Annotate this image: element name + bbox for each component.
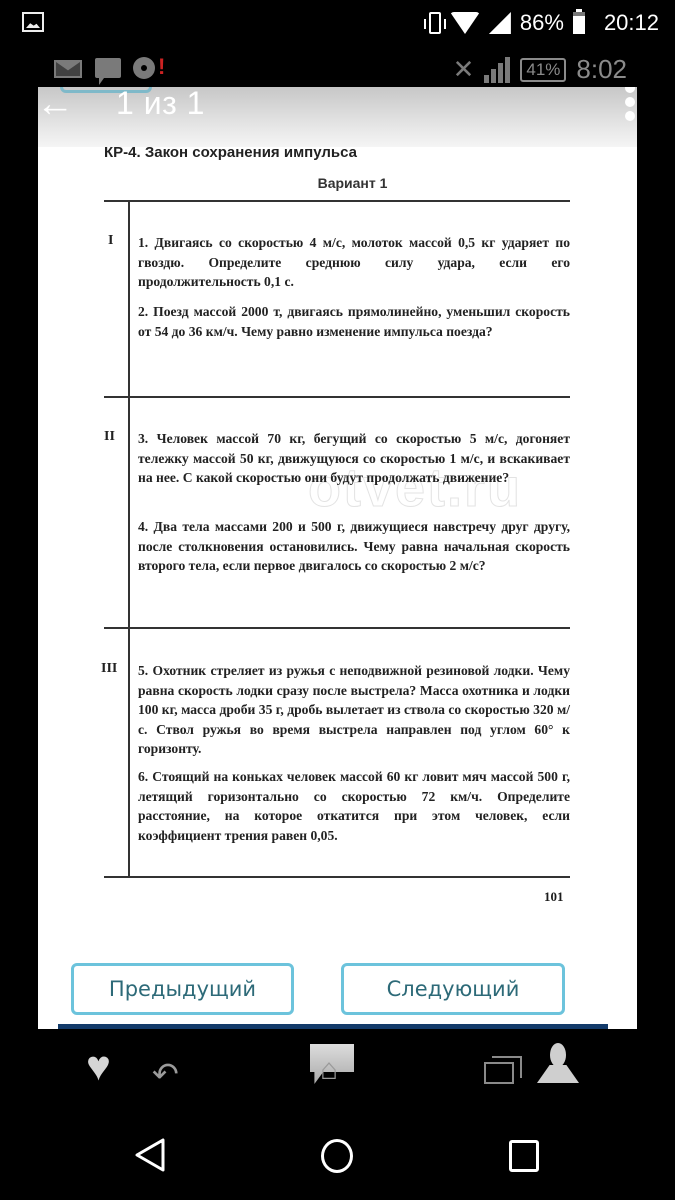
level-label: I	[108, 233, 113, 249]
divider	[104, 200, 570, 202]
page-counter: 1 из 1	[116, 87, 205, 122]
page-number: 101	[544, 889, 564, 905]
divider	[104, 396, 570, 398]
previous-button[interactable]: Предыдущий	[71, 963, 294, 1015]
recents-icon[interactable]	[484, 1062, 514, 1084]
problem-4: 4. Два тела массами 200 и 500 г, движущи…	[138, 517, 570, 576]
inner-clock: 8:02	[576, 54, 627, 85]
clock: 20:12	[604, 10, 659, 36]
document-page: otvet.ru КР-4. Закон сохранения импульса…	[38, 87, 637, 1029]
overflow-dots-icon[interactable]	[625, 87, 637, 125]
signal-icon	[484, 57, 510, 83]
inner-status-icons: ✕ 41% 8:02	[453, 54, 627, 85]
problem-1: 1. Двигаясь со скоростью 4 м/с, молоток …	[138, 233, 570, 292]
page-title: КР-4. Закон сохранения импульса	[104, 144, 357, 161]
person-icon[interactable]	[537, 1043, 579, 1085]
level-label: II	[104, 429, 115, 445]
problem-6: 6. Стоящий на коньках человек массой 60 …	[138, 767, 570, 845]
wifi-icon	[450, 12, 480, 34]
status-bar: 86% 20:12	[0, 0, 675, 48]
nav-recents-icon[interactable]	[509, 1140, 539, 1172]
gallery-icon	[22, 12, 44, 32]
nav-back-icon[interactable]	[134, 1138, 166, 1172]
image-viewer: otvet.ru КР-4. Закон сохранения импульса…	[38, 87, 637, 1029]
bluetooth-off-icon: ✕	[453, 54, 475, 85]
column-divider	[128, 200, 130, 877]
problem-2: 2. Поезд массой 2000 т, двигаясь прямоли…	[138, 302, 570, 341]
vibrate-icon	[429, 12, 441, 34]
undo-icon[interactable]: ↶	[152, 1058, 179, 1090]
next-button[interactable]: Следующий	[341, 963, 565, 1015]
divider	[104, 876, 570, 878]
battery-icon	[573, 12, 585, 34]
mail-icon	[54, 60, 82, 78]
problem-5: 5. Охотник стреляет из ружья с неподвижн…	[138, 661, 570, 759]
alert-mark-icon: !	[158, 56, 162, 80]
level-label: III	[101, 661, 117, 677]
home-icon[interactable]: ⌂	[320, 1055, 338, 1085]
variant-label: Вариант 1	[38, 175, 637, 191]
arrow-left-icon[interactable]: ←	[38, 87, 74, 123]
divider	[104, 627, 570, 629]
nav-home-icon[interactable]	[321, 1139, 353, 1173]
inner-battery: 41%	[520, 58, 566, 82]
battery-percent: 86%	[520, 10, 564, 36]
disc-alert-icon	[133, 57, 155, 79]
chat-icon	[95, 58, 121, 78]
problem-3: 3. Человек массой 70 кг, бегущий со скор…	[138, 429, 570, 488]
status-icons: 86% 20:12	[429, 10, 659, 36]
heart-icon[interactable]: ♥	[86, 1045, 111, 1087]
ad-banner	[58, 1024, 608, 1029]
cell-signal-icon	[489, 12, 511, 34]
